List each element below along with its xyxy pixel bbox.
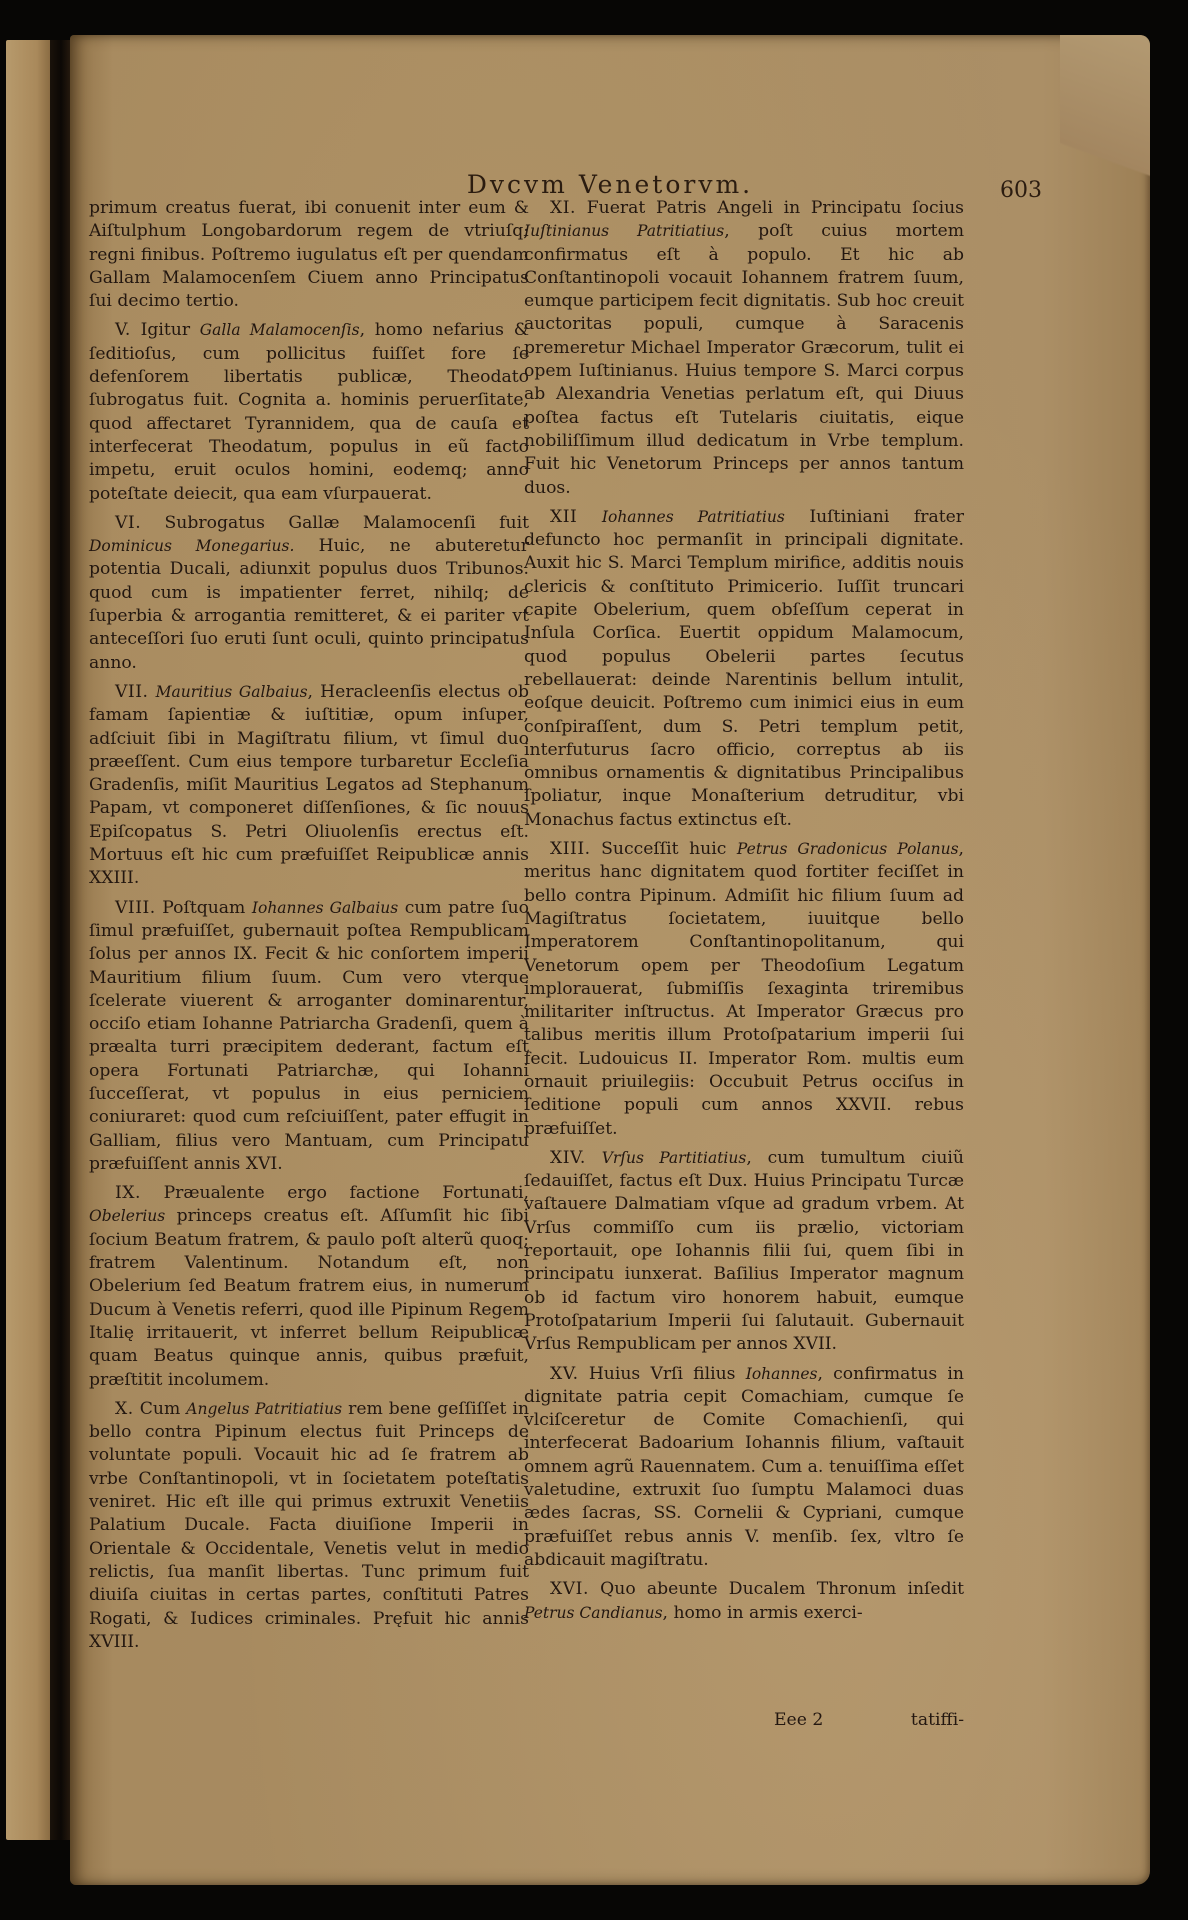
- roman-numeral: V.: [115, 320, 131, 340]
- paragraph-text: , meritus hanc dignitatem quod fortiter …: [524, 839, 964, 1139]
- doge-name: Iohannes Galbaius: [252, 899, 398, 917]
- doge-name: Angelus Patritiatius: [186, 1400, 342, 1418]
- roman-numeral: X.: [115, 1399, 134, 1419]
- paragraph-doge-x: X. Cum Angelus Patritiatius rem bene geſ…: [89, 1398, 529, 1654]
- doge-name: Galla Malamocenſis: [200, 321, 360, 339]
- roman-numeral: XI.: [550, 198, 576, 218]
- paragraph-lead: Subrogatus Gallæ Malamocenſi fuit: [165, 513, 529, 533]
- roman-numeral: VI.: [115, 513, 141, 533]
- paragraph-doge-vi: VI. Subrogatus Gallæ Malamocenſi fuit Do…: [89, 512, 529, 675]
- paragraph-text: cum patre ſuo ſimul præfuiſſet, gubernau…: [89, 898, 529, 1174]
- right-column: XI. Fuerat Patris Angeli in Principatu ſ…: [524, 197, 964, 1631]
- paragraph-doge-xii: XII Iohannes Patritiatius Iuſtiniani fra…: [524, 506, 964, 832]
- roman-numeral: XVI.: [550, 1579, 589, 1599]
- doge-name: Mauritius Galbaius: [156, 683, 308, 701]
- roman-numeral: XII: [550, 507, 577, 527]
- page-number: 603: [1000, 178, 1042, 203]
- paragraph-lead: Poſtquam: [162, 898, 245, 918]
- paragraph-text: , poſt cuius mortem confirmatus eſt à po…: [524, 221, 964, 497]
- running-head: Dvcvm Venetorvm.: [70, 170, 1150, 199]
- paragraph-lead: Præualente ergo factione Fortunati,: [164, 1183, 529, 1203]
- signature-mark: Eee 2: [774, 1710, 823, 1730]
- paragraph-doge-xv: XV. Huius Vrſi filius Iohannes, confirma…: [524, 1363, 964, 1573]
- roman-numeral: XIII.: [550, 839, 591, 859]
- paragraph-continuation: primum creatus fuerat, ibi conuenit inte…: [89, 197, 529, 313]
- book-page: Dvcvm Venetorvm. 603 primum creatus fuer…: [70, 35, 1150, 1885]
- folded-corner: [1060, 35, 1150, 235]
- paragraph-lead: Succeſſit huic: [601, 839, 726, 859]
- paragraph-doge-xi: XI. Fuerat Patris Angeli in Principatu ſ…: [524, 197, 964, 500]
- paragraph-text: primum creatus fuerat, ibi conuenit inte…: [89, 198, 529, 311]
- doge-name: Petrus Candianus: [524, 1604, 663, 1622]
- paragraph-doge-xiv: XIV. Vrſus Partitiatius, cum tumultum ci…: [524, 1147, 964, 1357]
- paragraph-text: Iuſtiniani frater defuncto hoc permanſit…: [524, 507, 964, 830]
- doge-name: Dominicus Monegarius.: [89, 537, 294, 555]
- doge-name: Petrus Gradonicus Polanus: [737, 840, 959, 858]
- paragraph-doge-v: V. Igitur Galla Malamocenſis, homo nefar…: [89, 319, 529, 505]
- roman-numeral: XIV.: [550, 1148, 586, 1168]
- paragraph-lead: Quo abeunte Ducalem Thronum inſedit: [600, 1579, 964, 1599]
- binding-gutter: [50, 40, 72, 1840]
- roman-numeral: VIII.: [115, 898, 156, 918]
- paragraph-doge-ix: IX. Præualente ergo factione Fortunati, …: [89, 1182, 529, 1392]
- paragraph-doge-viii: VIII. Poſtquam Iohannes Galbaius cum pat…: [89, 897, 529, 1177]
- roman-numeral: VII.: [115, 682, 148, 702]
- left-column: primum creatus fuerat, ibi conuenit inte…: [89, 197, 529, 1660]
- doge-name: Vrſus Partitiatius: [602, 1149, 747, 1167]
- paragraph-text: , Heracleenſis electus ob famam ſapienti…: [89, 682, 529, 888]
- paragraph-text: , cum tumultum ciuiũ ſedauiſſet, factus …: [524, 1148, 964, 1354]
- paragraph-text: princeps creatus eſt. Aſſumſit hic ſibi …: [89, 1206, 529, 1389]
- paragraph-text: , confirmatus in dignitate patria cepit …: [524, 1364, 964, 1570]
- paragraph-lead: Fuerat Patris Angeli in Principatu ſociu…: [587, 198, 964, 218]
- catchword: tatiffi-: [911, 1710, 964, 1730]
- paragraph-text: , homo nefarius & ſeditioſus, cum pollic…: [89, 320, 529, 503]
- paragraph-text: , homo in armis exerci-: [663, 1603, 863, 1623]
- roman-numeral: IX.: [115, 1183, 141, 1203]
- paragraph-lead: Huius Vrſi filius: [589, 1364, 736, 1384]
- doge-name: Obelerius: [89, 1207, 165, 1225]
- paragraph-doge-vii: VII. Mauritius Galbaius, Heracleenſis el…: [89, 681, 529, 891]
- facing-page-edge: [6, 40, 50, 1840]
- paragraph-doge-xiii: XIII. Succeſſit huic Petrus Gradonicus P…: [524, 838, 964, 1141]
- paragraph-text: Huic, ne abuteretur potentia Ducali, adi…: [89, 536, 529, 672]
- doge-name: Iohannes: [746, 1365, 818, 1383]
- paragraph-doge-xvi: XVI. Quo abeunte Ducalem Thronum inſedit…: [524, 1578, 964, 1625]
- paragraph-text: rem bene geſſiſſet in bello contra Pipin…: [89, 1399, 529, 1652]
- doge-name: Iuſtinianus Patritiatius: [524, 222, 724, 240]
- paragraph-lead: Cum: [140, 1399, 181, 1419]
- doge-name: Iohannes Patritiatius: [602, 508, 785, 526]
- paragraph-lead: Igitur: [141, 320, 190, 340]
- roman-numeral: XV.: [550, 1364, 579, 1384]
